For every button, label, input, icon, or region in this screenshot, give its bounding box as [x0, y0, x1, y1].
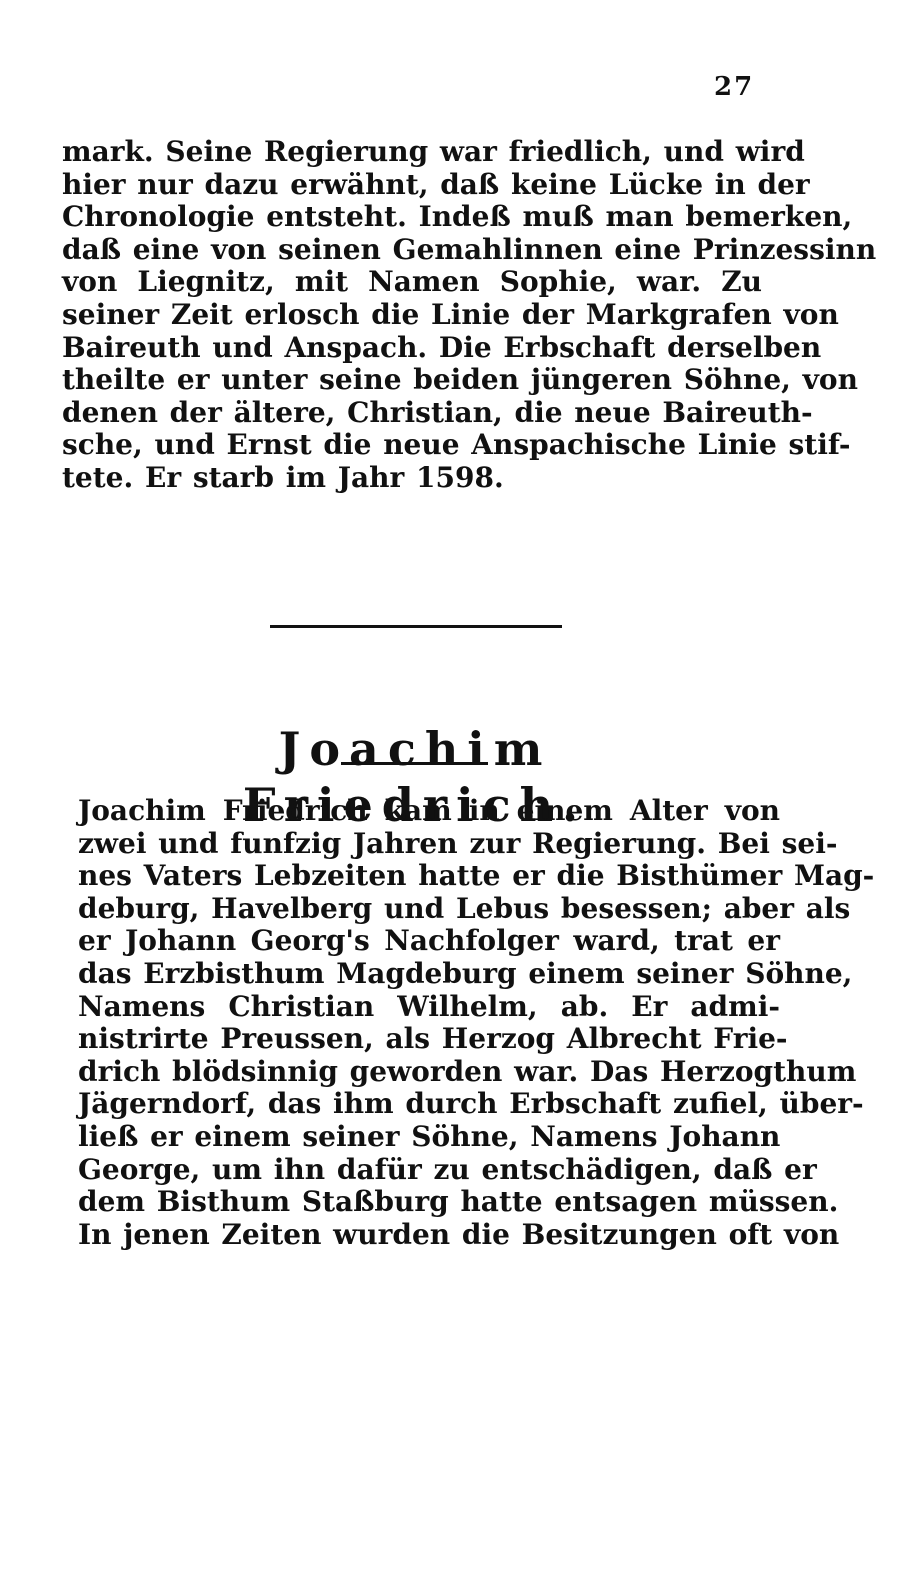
text-line: Jägerndorf, das ihm durch Erbschaft zufi… [78, 1088, 780, 1121]
text-line: ließ er einem seiner Söhne, Namens Johan… [78, 1121, 780, 1154]
page-number: 27 [714, 72, 754, 102]
text-line: er Johann Georg's Nachfolger ward, trat … [78, 925, 780, 958]
text-line: sche, und Ernst die neue Anspachische Li… [62, 429, 762, 462]
text-line: von Liegnitz, mit Namen Sophie, war. Zu [62, 266, 762, 299]
text-line: Chronologie entsteht. Indeß muß man beme… [62, 201, 762, 234]
text-line: dem Bisthum Staßburg hatte entsagen müss… [78, 1186, 780, 1219]
text-line: daß eine von seinen Gemahlinnen eine Pri… [62, 234, 762, 267]
text-line: denen der ältere, Christian, die neue Ba… [62, 397, 762, 430]
text-line: nes Vaters Lebzeiten hatte er die Bisthü… [78, 860, 780, 893]
text-line: tete. Er starb im Jahr 1598. [62, 462, 762, 495]
continued-paragraph: mark. Seine Regierung war friedlich, und… [62, 136, 762, 495]
text-line: deburg, Havelberg und Lebus besessen; ab… [78, 893, 780, 926]
text-line: theilte er unter seine beiden jüngeren S… [62, 364, 762, 397]
text-line: Baireuth und Anspach. Die Erbschaft ders… [62, 332, 762, 365]
text-line: hier nur dazu erwähnt, daß keine Lücke i… [62, 169, 762, 202]
section-divider-top [270, 625, 562, 628]
section-paragraph: Joachim Friedrich kam in einem Alter von… [78, 795, 780, 1251]
section-divider-bottom [341, 762, 488, 765]
text-line: Joachim Friedrich kam in einem Alter von [78, 795, 780, 828]
text-line: drich blödsinnig geworden war. Das Herzo… [78, 1056, 780, 1089]
text-line: zwei und funfzig Jahren zur Regierung. B… [78, 828, 780, 861]
text-line: In jenen Zeiten wurden die Besitzungen o… [78, 1219, 780, 1252]
text-line: das Erzbisthum Magdeburg einem seiner Sö… [78, 958, 780, 991]
text-line: Namens Christian Wilhelm, ab. Er admi- [78, 991, 780, 1024]
text-line: seiner Zeit erlosch die Linie der Markgr… [62, 299, 762, 332]
text-line: mark. Seine Regierung war friedlich, und… [62, 136, 762, 169]
text-line: nistrirte Preussen, als Herzog Albrecht … [78, 1023, 780, 1056]
text-line: George, um ihn dafür zu entschädigen, da… [78, 1154, 780, 1187]
